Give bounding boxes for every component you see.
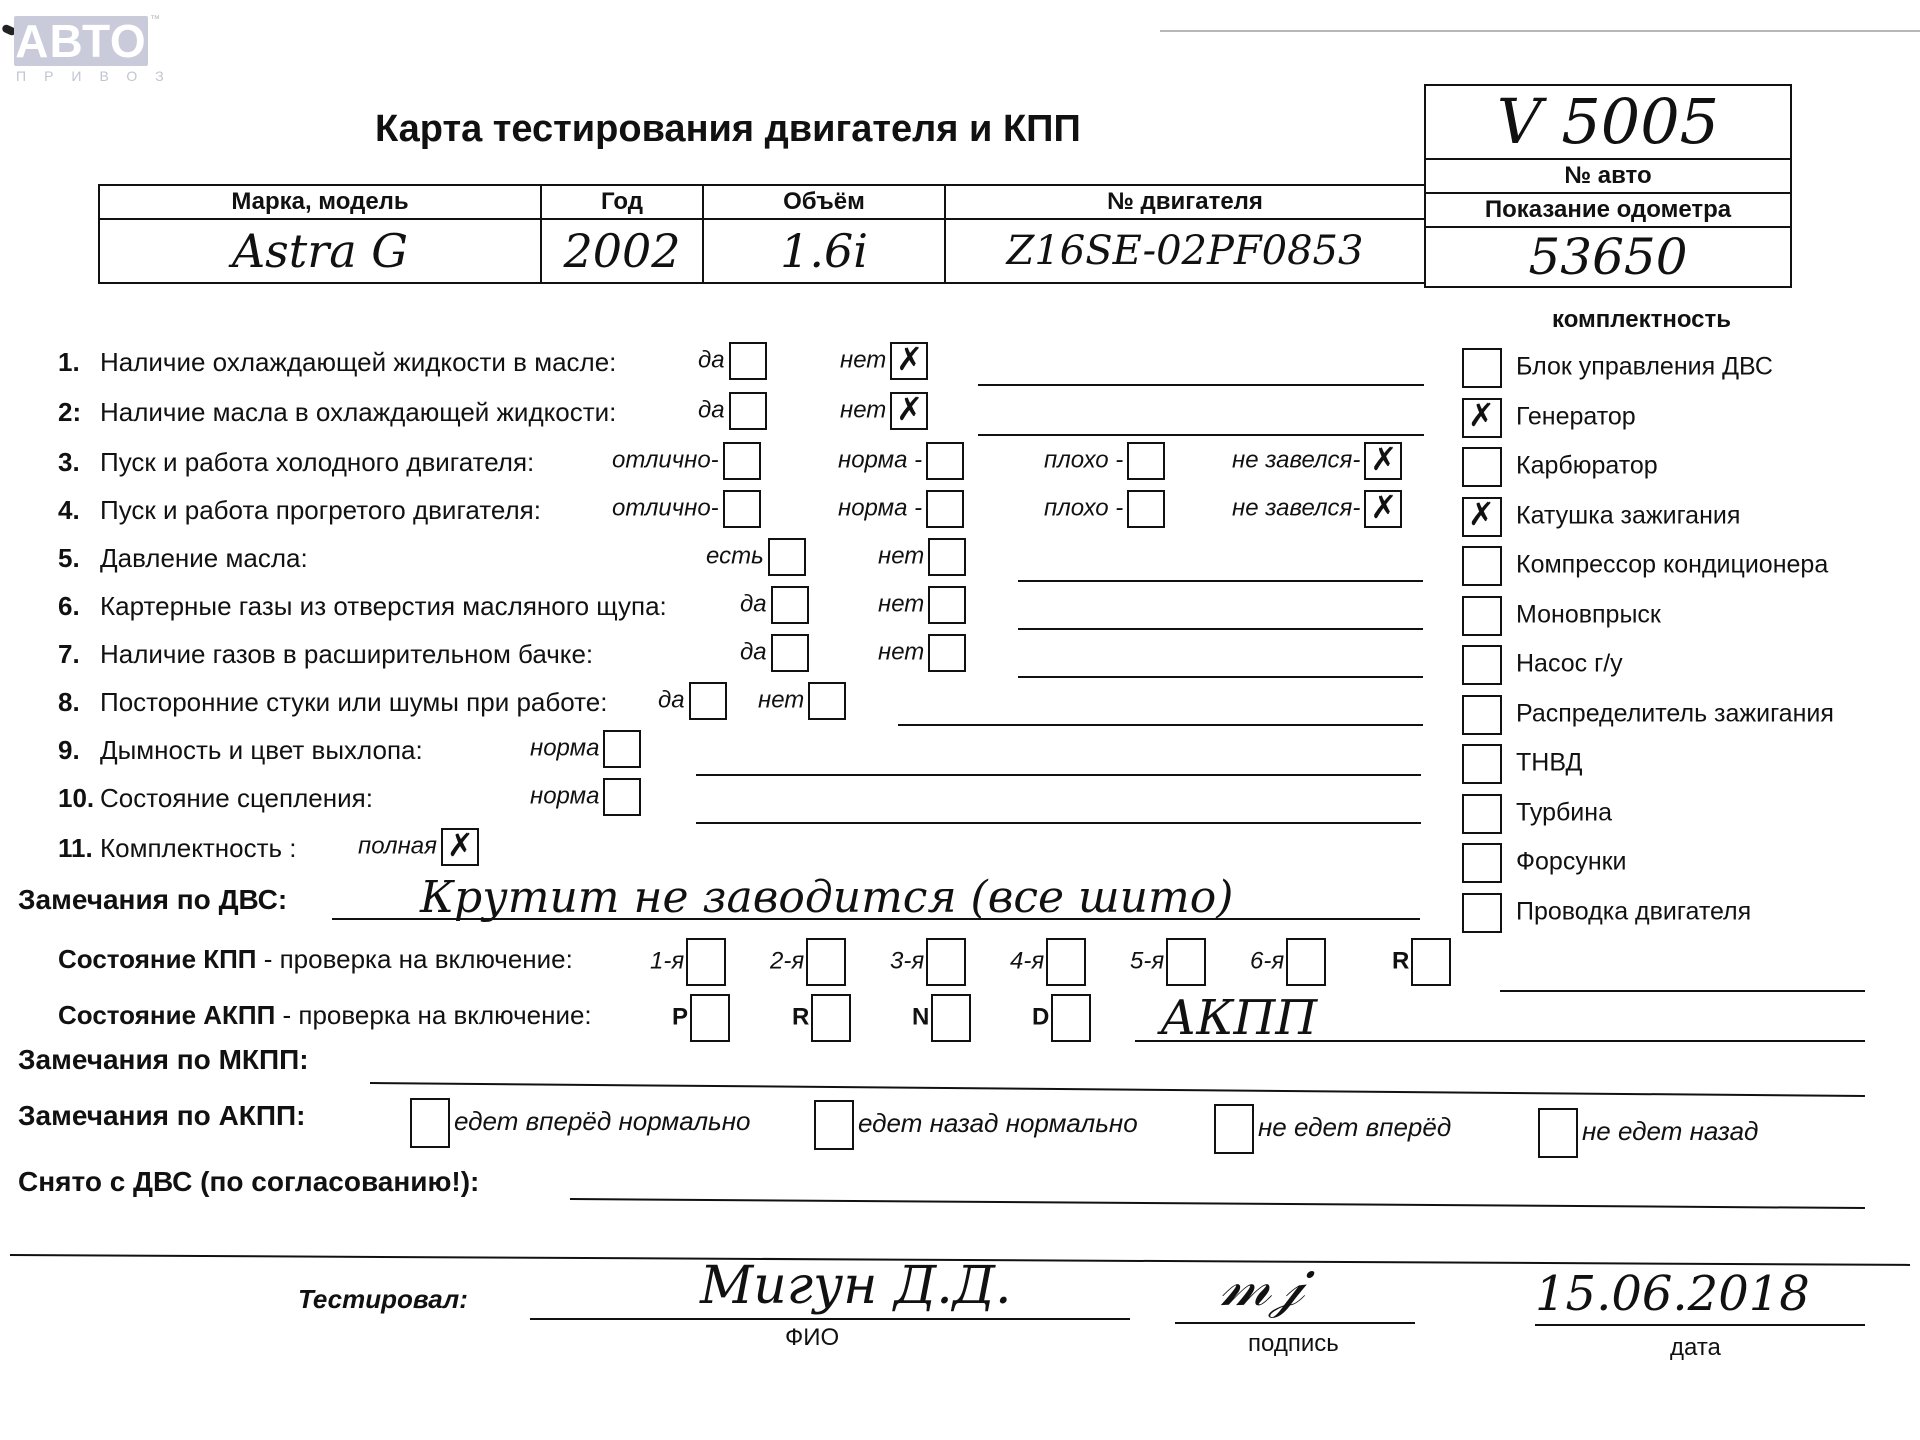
kpp-label-bold: Состояние КПП	[58, 944, 257, 974]
kit-item-label: Генератор	[1516, 402, 1636, 430]
odometer-label: Показание одометра	[1426, 194, 1790, 228]
check-note-line[interactable]	[1018, 580, 1423, 582]
check-row-1: 1.Наличие охлаждающей жидкости в масле:	[58, 340, 616, 384]
checkbox[interactable]	[1166, 938, 1206, 986]
gear-label: R	[792, 1003, 809, 1030]
option-label: да	[698, 396, 725, 423]
check-option: отлично-	[612, 490, 761, 528]
check-label: Комплектность :	[100, 833, 297, 863]
checkbox[interactable]	[808, 682, 846, 720]
checkbox[interactable]	[1127, 442, 1165, 480]
gear-label: 1-я	[650, 947, 684, 974]
check-note-line[interactable]	[978, 434, 1424, 436]
check-row-7: 7.Наличие газов в расширительном бачке:	[58, 632, 593, 676]
check-label: Наличие масла в охлаждающей жидкости:	[100, 397, 616, 427]
option-label: нет	[878, 638, 924, 665]
option-label: полная	[358, 832, 437, 859]
check-row-10: 10.Состояние сцепления:	[58, 776, 373, 820]
kpp-gear: 3-я	[890, 938, 966, 986]
check-row-3: 3.Пуск и работа холодного двигателя:	[58, 440, 534, 484]
akpp-gear: D	[1032, 994, 1091, 1042]
gear-label: D	[1032, 1003, 1049, 1030]
checkbox[interactable]	[926, 938, 966, 986]
kit-item-label: Форсунки	[1516, 848, 1627, 876]
engine-number-value[interactable]: Z16SE-02PF0853	[945, 219, 1425, 283]
option-label: плохо -	[1044, 446, 1123, 473]
check-label: Дымность и цвет выхлопа:	[100, 735, 423, 765]
mkpp-remarks-label: Замечания по МКПП:	[18, 1044, 309, 1076]
kit-item: Насос г/у	[1462, 645, 1623, 685]
kit-item-label: Турбина	[1516, 798, 1612, 826]
option-label: нет	[840, 346, 886, 373]
checkbox[interactable]	[1462, 348, 1502, 388]
checkbox[interactable]	[689, 682, 727, 720]
checkbox[interactable]	[1127, 490, 1165, 528]
kpp-label-rest: - проверка на включение:	[257, 944, 573, 974]
gear-label: N	[912, 1003, 929, 1030]
check-number: 4.	[58, 488, 100, 532]
check-option: нет	[758, 682, 846, 720]
kpp-gear: 2-я	[770, 938, 846, 986]
check-label: Картерные газы из отверстия масляного щу…	[100, 591, 667, 621]
check-row-9: 9.Дымность и цвет выхлопа:	[58, 728, 423, 772]
check-option: отлично-	[612, 442, 761, 480]
option-label: нет	[840, 396, 886, 423]
checkbox[interactable]	[890, 392, 928, 430]
check-option: есть	[706, 538, 806, 576]
option-label: нет	[878, 542, 924, 569]
check-note-line[interactable]	[898, 724, 1423, 726]
checkbox[interactable]	[603, 778, 641, 816]
check-number: 11.	[58, 826, 100, 870]
checkbox[interactable]	[1462, 546, 1502, 586]
kit-item-label: Карбюратор	[1516, 452, 1658, 480]
kpp-line	[1500, 990, 1865, 992]
check-option: да	[658, 682, 727, 720]
checkbox[interactable]	[1462, 843, 1502, 883]
option-label: норма	[530, 734, 599, 761]
checkbox[interactable]	[928, 634, 966, 672]
kit-item-label: Проводка двигателя	[1516, 897, 1751, 925]
check-option: нет	[878, 634, 966, 672]
akpp-remarks-label: Замечания по АКПП:	[18, 1100, 305, 1132]
kit-item: Блок управления ДВС	[1462, 348, 1773, 388]
logo-subtitle: ПРИВОЗ	[16, 68, 182, 84]
check-row-4: 4.Пуск и работа прогретого двигателя:	[58, 488, 541, 532]
checkbox[interactable]	[729, 392, 767, 430]
option-label: да	[740, 590, 767, 617]
checkbox[interactable]	[1364, 442, 1402, 480]
check-label: Пуск и работа прогретого двигателя:	[100, 495, 541, 525]
option-label: да	[698, 346, 725, 373]
kpp-gear: 1-я	[650, 938, 726, 986]
akpp-remark-option: едет назад нормально	[814, 1100, 1138, 1150]
checkbox[interactable]	[1462, 497, 1502, 537]
gear-label: 4-я	[1010, 947, 1044, 974]
gear-label: R	[1392, 947, 1409, 974]
signature-label: подпись	[1248, 1330, 1339, 1358]
kit-item: Распределитель зажигания	[1462, 695, 1834, 735]
option-label: нет	[758, 686, 804, 713]
engine-remarks-label: Замечания по ДВС:	[18, 884, 287, 916]
engine-remarks-line	[332, 918, 1420, 920]
checkbox[interactable]	[928, 538, 966, 576]
option-label: отлично-	[612, 494, 719, 521]
check-note-line[interactable]	[1018, 628, 1423, 630]
option-label: не завелся-	[1232, 446, 1360, 473]
checkbox[interactable]	[771, 586, 809, 624]
kpp-gear: 5-я	[1130, 938, 1206, 986]
check-option: не завелся-	[1232, 490, 1402, 528]
kpp-gear: 4-я	[1010, 938, 1086, 986]
akpp-remark-option: не едет вперёд	[1214, 1104, 1451, 1154]
option-label: плохо -	[1044, 494, 1123, 521]
check-row-5: 5.Давление масла:	[58, 536, 308, 580]
check-row-2: 2:Наличие масла в охлаждающей жидкости:	[58, 390, 616, 434]
checkbox[interactable]	[1411, 938, 1451, 986]
logo: АВТО	[14, 16, 148, 66]
checkbox[interactable]	[603, 730, 641, 768]
check-option: не завелся-	[1232, 442, 1402, 480]
akpp-gear: P	[672, 994, 730, 1042]
check-option: норма -	[838, 442, 964, 480]
check-number: 3.	[58, 440, 100, 484]
check-row-6: 6.Картерные газы из отверстия масляного …	[58, 584, 667, 628]
kit-title: комплектность	[1552, 306, 1731, 334]
kit-item-label: ТНВД	[1516, 749, 1582, 777]
checkbox[interactable]	[768, 538, 806, 576]
checkbox[interactable]	[1462, 893, 1502, 933]
checkbox[interactable]	[890, 342, 928, 380]
removed-label: Снято с ДВС (по согласованию!):	[18, 1166, 479, 1198]
checkbox[interactable]	[410, 1098, 450, 1148]
akpp-gear: N	[912, 994, 971, 1042]
tester-name-value[interactable]: Мигун Д.Д.	[700, 1256, 1012, 1316]
check-note-line[interactable]	[1018, 676, 1423, 678]
kit-item: Компрессор кондиционера	[1462, 546, 1828, 586]
check-option: нет	[840, 392, 928, 430]
auto-info-box: V 5005 № авто Показание одометра 53650	[1424, 84, 1792, 288]
akpp-label: Состояние АКПП - проверка на включение:	[58, 1000, 592, 1031]
check-label: Наличие охлаждающей жидкости в масле:	[100, 347, 616, 377]
mkpp-remarks-line[interactable]	[370, 1082, 1865, 1097]
header-make-model: Марка, модель	[99, 185, 541, 219]
option-label: не завелся-	[1232, 494, 1360, 521]
kit-item-label: Насос г/у	[1516, 650, 1623, 678]
vehicle-table: Марка, модель Год Объём № двигателя Astr…	[98, 184, 1426, 284]
check-option: да	[740, 586, 809, 624]
kit-item: Проводка двигателя	[1462, 893, 1751, 933]
gear-label: 3-я	[890, 947, 924, 974]
kit-item-label: Катушка зажигания	[1516, 501, 1740, 529]
kit-item: Моновпрыск	[1462, 596, 1661, 636]
akpp-gear: R	[792, 994, 851, 1042]
akpp-remark-option: не едет назад	[1538, 1108, 1758, 1158]
kit-item: Карбюратор	[1462, 447, 1658, 487]
akpp-line	[1135, 1040, 1865, 1042]
check-option: да	[698, 342, 767, 380]
check-label: Состояние сцепления:	[100, 783, 373, 813]
checkbox[interactable]	[1462, 794, 1502, 834]
check-number: 5.	[58, 536, 100, 580]
tested-label: Тестировал:	[298, 1284, 468, 1315]
check-number: 9.	[58, 728, 100, 772]
top-rule	[1160, 30, 1920, 32]
volume-value[interactable]: 1.6i	[703, 219, 945, 283]
header-engine-number: № двигателя	[945, 185, 1425, 219]
check-option: полная	[358, 828, 479, 866]
date-value[interactable]: 15.06.2018	[1535, 1266, 1810, 1322]
check-option: норма	[530, 730, 641, 768]
kit-item: Форсунки	[1462, 843, 1627, 883]
kit-item: Турбина	[1462, 794, 1612, 834]
kit-item-label: Распределитель зажигания	[1516, 699, 1834, 727]
removed-line[interactable]	[570, 1198, 1865, 1209]
akpp-remark-label: едет назад нормально	[858, 1108, 1138, 1138]
check-option: плохо -	[1044, 442, 1165, 480]
kpp-gear: R	[1392, 938, 1451, 986]
check-label: Пуск и работа холодного двигателя:	[100, 447, 534, 477]
header-year: Год	[541, 185, 703, 219]
check-row-11: 11.Комплектность :	[58, 826, 297, 870]
checkbox[interactable]	[1462, 447, 1502, 487]
signature-mark[interactable]: 𝓂𝒿	[1220, 1250, 1304, 1320]
check-row-8: 8.Посторонние стуки или шумы при работе:	[58, 680, 607, 724]
checkbox[interactable]	[1286, 938, 1326, 986]
kpp-label: Состояние КПП - проверка на включение:	[58, 944, 573, 975]
check-option: норма	[530, 778, 641, 816]
option-label: нет	[878, 590, 924, 617]
checkbox[interactable]	[1046, 938, 1086, 986]
option-label: отлично-	[612, 446, 719, 473]
kpp-gear: 6-я	[1250, 938, 1326, 986]
checkbox[interactable]	[1538, 1108, 1578, 1158]
logo-trademark: ™	[150, 14, 160, 25]
kit-item-label: Блок управления ДВС	[1516, 353, 1773, 381]
kit-item-label: Компрессор кондиционера	[1516, 551, 1828, 579]
check-option: да	[740, 634, 809, 672]
header-volume: Объём	[703, 185, 945, 219]
odometer-value[interactable]: 53650	[1426, 228, 1790, 286]
akpp-remark-option: едет вперёд нормально	[410, 1098, 750, 1148]
fio-label: ФИО	[785, 1324, 839, 1352]
kit-item-label: Моновпрыск	[1516, 600, 1661, 628]
akpp-remark-label: не едет вперёд	[1258, 1112, 1451, 1142]
make-model-value[interactable]: Astra G	[99, 219, 541, 283]
page-title: Карта тестирования двигателя и КПП	[375, 108, 1081, 151]
check-number: 6.	[58, 584, 100, 628]
check-label: Посторонние стуки или шумы при работе:	[100, 687, 607, 717]
checkbox[interactable]	[1462, 695, 1502, 735]
gear-label: 2-я	[770, 947, 804, 974]
akpp-remark-label: едет вперёд нормально	[454, 1106, 750, 1136]
option-label: есть	[706, 542, 764, 569]
gear-label: P	[672, 1003, 688, 1030]
engine-remarks-value[interactable]: Крутит не заводится (все шито)	[420, 872, 1233, 923]
check-note-line[interactable]	[978, 384, 1424, 386]
check-option: нет	[878, 586, 966, 624]
check-number: 10.	[58, 776, 100, 820]
checkbox[interactable]	[1364, 490, 1402, 528]
akpp-remark-label: не едет назад	[1582, 1116, 1758, 1146]
option-label: норма	[530, 782, 599, 809]
checkbox[interactable]	[1051, 994, 1091, 1042]
fio-line	[530, 1318, 1130, 1320]
auto-number-value[interactable]: V 5005	[1426, 86, 1790, 160]
check-number: 2:	[58, 390, 100, 434]
checkbox[interactable]	[926, 490, 964, 528]
checkbox[interactable]	[686, 938, 726, 986]
checkbox[interactable]	[926, 442, 964, 480]
checkbox[interactable]	[1214, 1104, 1254, 1154]
date-label: дата	[1670, 1334, 1721, 1362]
check-number: 1.	[58, 340, 100, 384]
akpp-note[interactable]: АКПП	[1160, 990, 1317, 1046]
checkbox[interactable]	[1462, 596, 1502, 636]
gear-label: 6-я	[1250, 947, 1284, 974]
checkbox[interactable]	[441, 828, 479, 866]
check-option: да	[698, 392, 767, 430]
checkbox[interactable]	[928, 586, 966, 624]
akpp-label-bold: Состояние АКПП	[58, 1000, 275, 1030]
akpp-label-rest: - проверка на включение:	[275, 1000, 591, 1030]
option-label: норма -	[838, 446, 922, 473]
checkbox[interactable]	[729, 342, 767, 380]
option-label: норма -	[838, 494, 922, 521]
check-option: нет	[840, 342, 928, 380]
checkbox[interactable]	[690, 994, 730, 1042]
checkbox[interactable]	[771, 634, 809, 672]
kit-item: Генератор	[1462, 398, 1636, 438]
kit-item: ТНВД	[1462, 744, 1582, 784]
checkbox[interactable]	[806, 938, 846, 986]
option-label: да	[658, 686, 685, 713]
date-line	[1535, 1324, 1865, 1326]
kit-item: Катушка зажигания	[1462, 497, 1740, 537]
auto-number-label: № авто	[1426, 160, 1790, 194]
checkbox[interactable]	[723, 490, 761, 528]
checkbox[interactable]	[723, 442, 761, 480]
check-number: 7.	[58, 632, 100, 676]
checkbox[interactable]	[931, 994, 971, 1042]
checkbox[interactable]	[1462, 744, 1502, 784]
year-value[interactable]: 2002	[541, 219, 703, 283]
check-label: Давление масла:	[100, 543, 308, 573]
check-option: нет	[878, 538, 966, 576]
checkbox[interactable]	[1462, 398, 1502, 438]
check-note-line[interactable]	[696, 822, 1421, 824]
check-option: норма -	[838, 490, 964, 528]
checkbox[interactable]	[814, 1100, 854, 1150]
checkbox[interactable]	[811, 994, 851, 1042]
option-label: да	[740, 638, 767, 665]
check-option: плохо -	[1044, 490, 1165, 528]
checkbox[interactable]	[1462, 645, 1502, 685]
check-label: Наличие газов в расширительном бачке:	[100, 639, 593, 669]
check-note-line[interactable]	[696, 774, 1421, 776]
signature-line	[1175, 1322, 1415, 1324]
gear-label: 5-я	[1130, 947, 1164, 974]
check-number: 8.	[58, 680, 100, 724]
